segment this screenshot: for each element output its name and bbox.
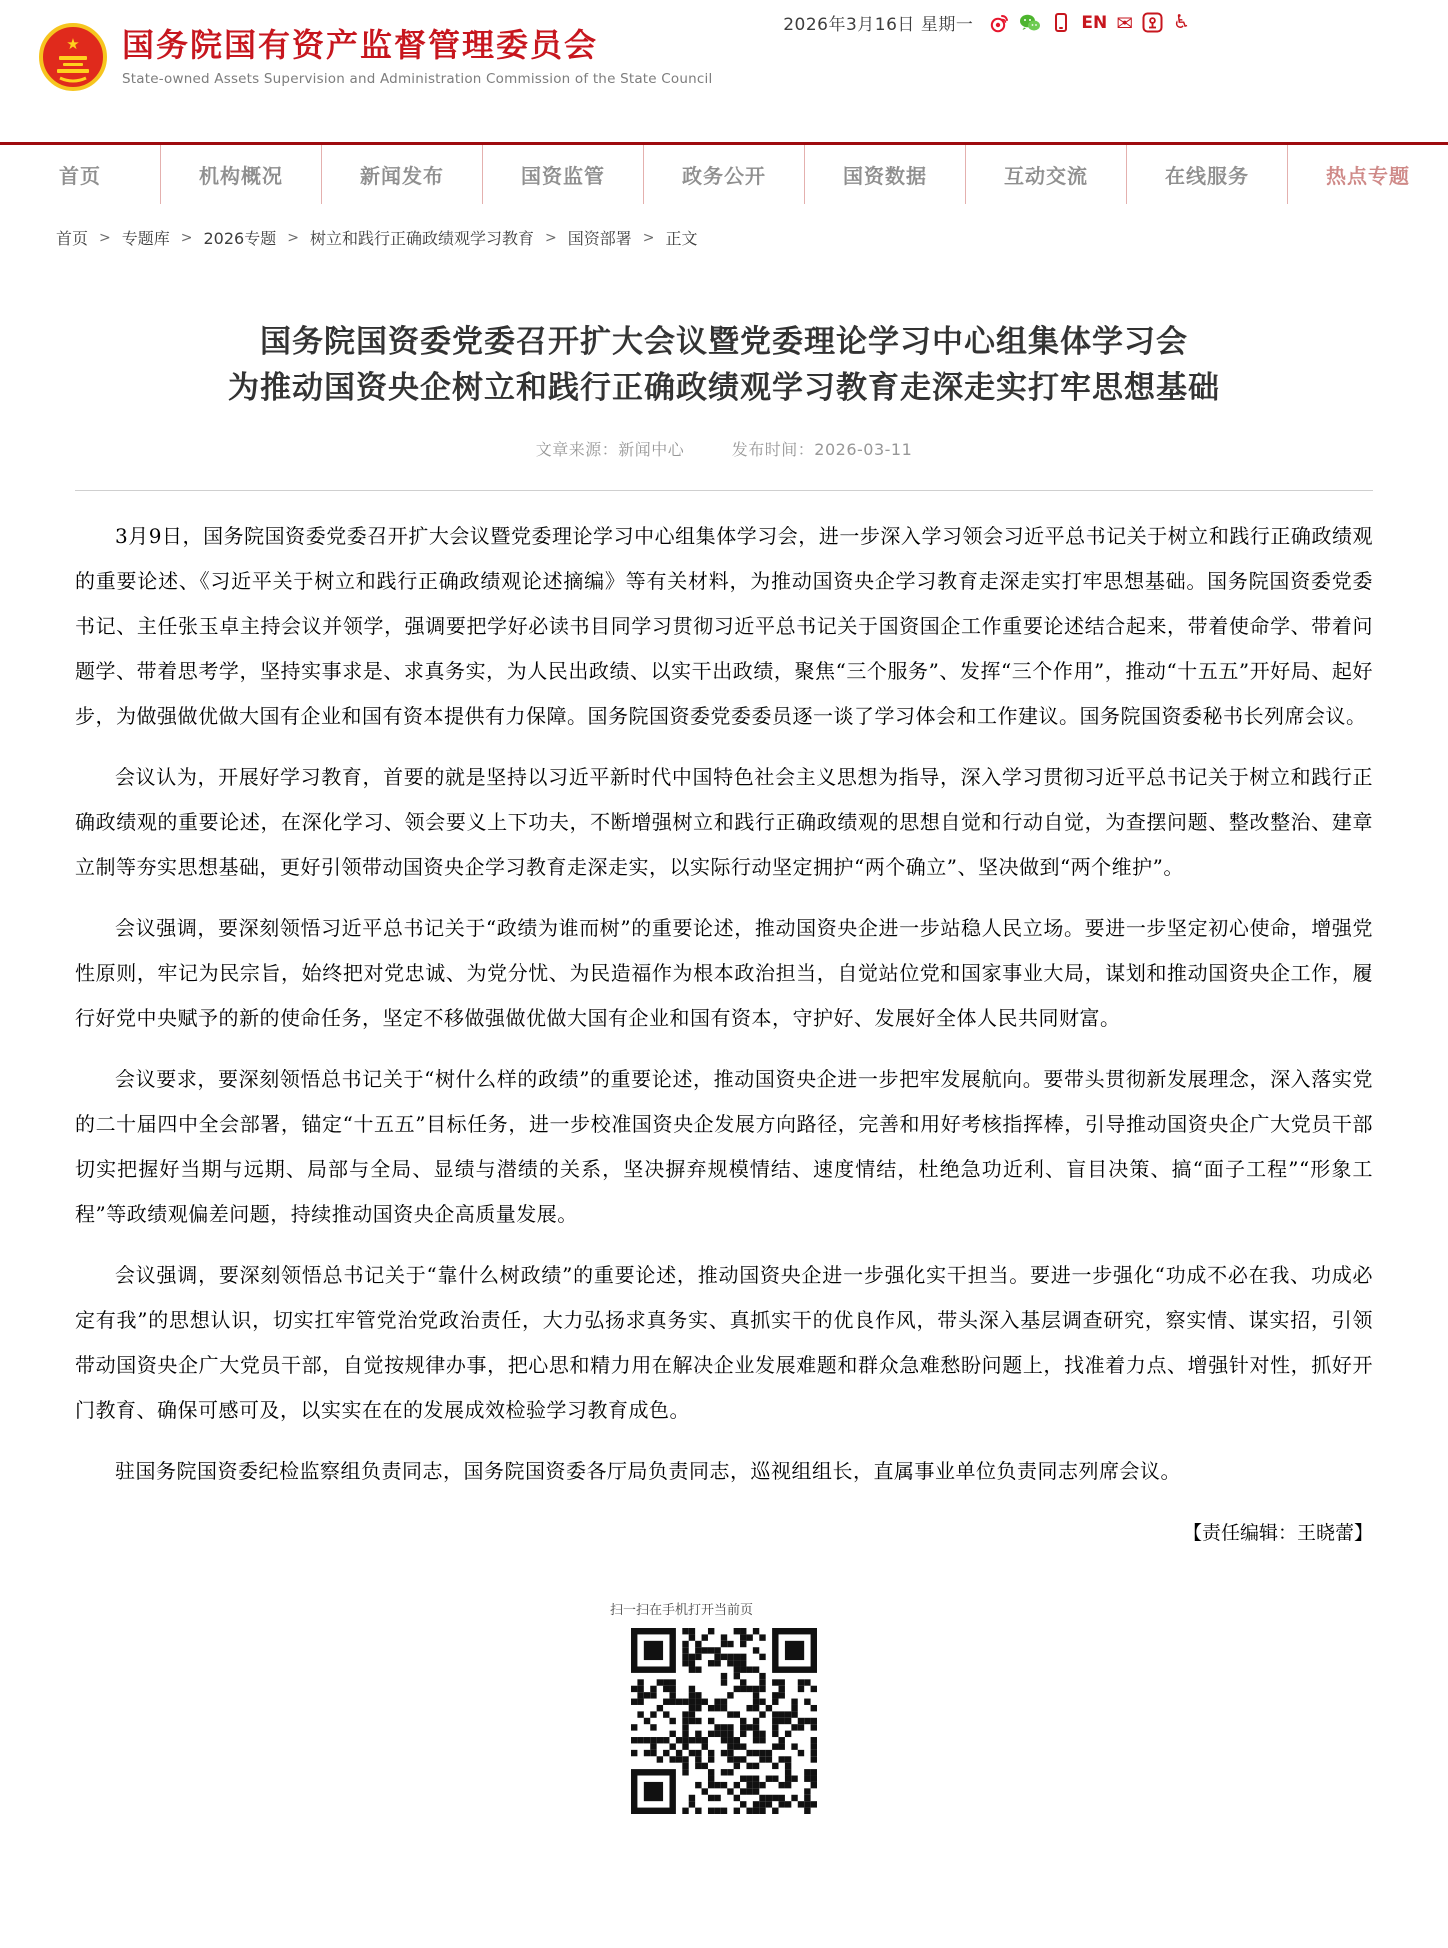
nav-item-online-service[interactable]: 在线服务 <box>1126 145 1287 204</box>
title-divider <box>75 490 1373 491</box>
nav-item-news[interactable]: 新闻发布 <box>321 145 482 204</box>
breadcrumb-education-campaign[interactable]: 树立和践行正确政绩观学习教育 <box>310 226 534 249</box>
article-body: 3月9日，国务院国资委党委召开扩大会议暨党委理论学习中心组集体学习会，进一步深入… <box>75 514 1373 1494</box>
english-version-link[interactable]: EN <box>1081 13 1107 33</box>
breadcrumb-sasac-deployment[interactable]: 国资部署 <box>568 226 632 249</box>
nav-item-hot-topics[interactable]: 热点专题 <box>1287 145 1448 204</box>
breadcrumb-current-article: 正文 <box>665 226 697 249</box>
main-navigation: 首页 机构概况 新闻发布 国资监管 政务公开 国资数据 互动交流 在线服务 热点… <box>0 142 1448 204</box>
article-meta: 文章来源：新闻中心 发布时间：2026-03-11 <box>75 437 1373 460</box>
article-paragraph: 驻国务院国资委纪检监察组负责同志，国务院国资委各厅局负责同志，巡视组组长，直属事… <box>75 1449 1373 1494</box>
site-name-english: State-owned Assets Supervision and Admin… <box>122 71 712 87</box>
nav-item-data[interactable]: 国资数据 <box>804 145 965 204</box>
accessibility-icon[interactable]: ♿ <box>1173 13 1190 32</box>
article: 国务院国资委党委召开扩大会议暨党委理论学习中心组集体学习会 为推动国资央企树立和… <box>75 319 1373 1545</box>
article-paragraph: 会议强调，要深刻领悟习近平总书记关于“政绩为谁而树”的重要论述，推动国资央企进一… <box>75 906 1373 1041</box>
nav-item-gov-affairs[interactable]: 政务公开 <box>643 145 804 204</box>
article-source: 文章来源：新闻中心 <box>536 437 685 460</box>
breadcrumb-home[interactable]: 首页 <box>56 226 88 249</box>
svg-text:★: ★ <box>66 35 79 53</box>
wechat-icon[interactable] <box>1019 12 1041 34</box>
mobile-icon[interactable] <box>1050 12 1072 34</box>
national-emblem-icon: ★ <box>38 22 108 92</box>
mail-icon[interactable]: ✉ <box>1116 13 1133 33</box>
location-icon[interactable] <box>1142 12 1164 34</box>
breadcrumb-separator: > <box>99 230 111 246</box>
qr-section: 扫一扫在手机打开当前页 <box>608 1599 840 1814</box>
breadcrumb-separator: > <box>643 230 655 246</box>
breadcrumb-separator: > <box>545 230 557 246</box>
qr-code <box>631 1628 817 1814</box>
site-name: 国务院国有资产监督管理委员会 <box>122 26 712 64</box>
article-paragraph: 会议认为，开展好学习教育，首要的就是坚持以习近平新时代中国特色社会主义思想为指导… <box>75 755 1373 890</box>
qr-caption: 扫一扫在手机打开当前页 <box>610 1599 840 1618</box>
article-paragraph: 会议要求，要深刻领悟总书记关于“树什么样的政绩”的重要论述，推动国资央企进一步把… <box>75 1057 1373 1237</box>
site-header: 2026年3月16日 星期一 EN ✉ <box>0 0 1448 142</box>
breadcrumb-2026-topics[interactable]: 2026专题 <box>204 226 277 249</box>
article-paragraph: 3月9日，国务院国资委党委召开扩大会议暨党委理论学习中心组集体学习会，进一步深入… <box>75 514 1373 739</box>
nav-item-supervision[interactable]: 国资监管 <box>482 145 643 204</box>
breadcrumb: 首页 > 专题库 > 2026专题 > 树立和践行正确政绩观学习教育 > 国资部… <box>56 226 1448 249</box>
breadcrumb-separator: > <box>287 230 299 246</box>
article-publish-time: 发布时间：2026-03-11 <box>732 437 913 460</box>
nav-item-home[interactable]: 首页 <box>0 145 160 204</box>
current-date: 2026年3月16日 星期一 <box>783 10 973 35</box>
breadcrumb-separator: > <box>181 230 193 246</box>
article-paragraph: 会议强调，要深刻领悟总书记关于“靠什么树政绩”的重要论述，推动国资央企进一步强化… <box>75 1253 1373 1433</box>
nav-item-interaction[interactable]: 互动交流 <box>965 145 1126 204</box>
nav-item-about[interactable]: 机构概况 <box>160 145 321 204</box>
breadcrumb-topics-library[interactable]: 专题库 <box>122 226 170 249</box>
editor-credit: 【责任编辑：王晓蕾】 <box>75 1518 1373 1545</box>
article-title: 国务院国资委党委召开扩大会议暨党委理论学习中心组集体学习会 为推动国资央企树立和… <box>75 319 1373 411</box>
site-logo[interactable]: ★ 国务院国有资产监督管理委员会 State-owned Assets Supe… <box>38 22 712 92</box>
quick-links-bar: 2026年3月16日 星期一 EN ✉ <box>783 10 1190 35</box>
article-title-line2: 为推动国资央企树立和践行正确政绩观学习教育走深走实打牢思想基础 <box>75 365 1373 411</box>
weibo-icon[interactable] <box>988 12 1010 34</box>
article-title-line1: 国务院国资委党委召开扩大会议暨党委理论学习中心组集体学习会 <box>75 319 1373 365</box>
